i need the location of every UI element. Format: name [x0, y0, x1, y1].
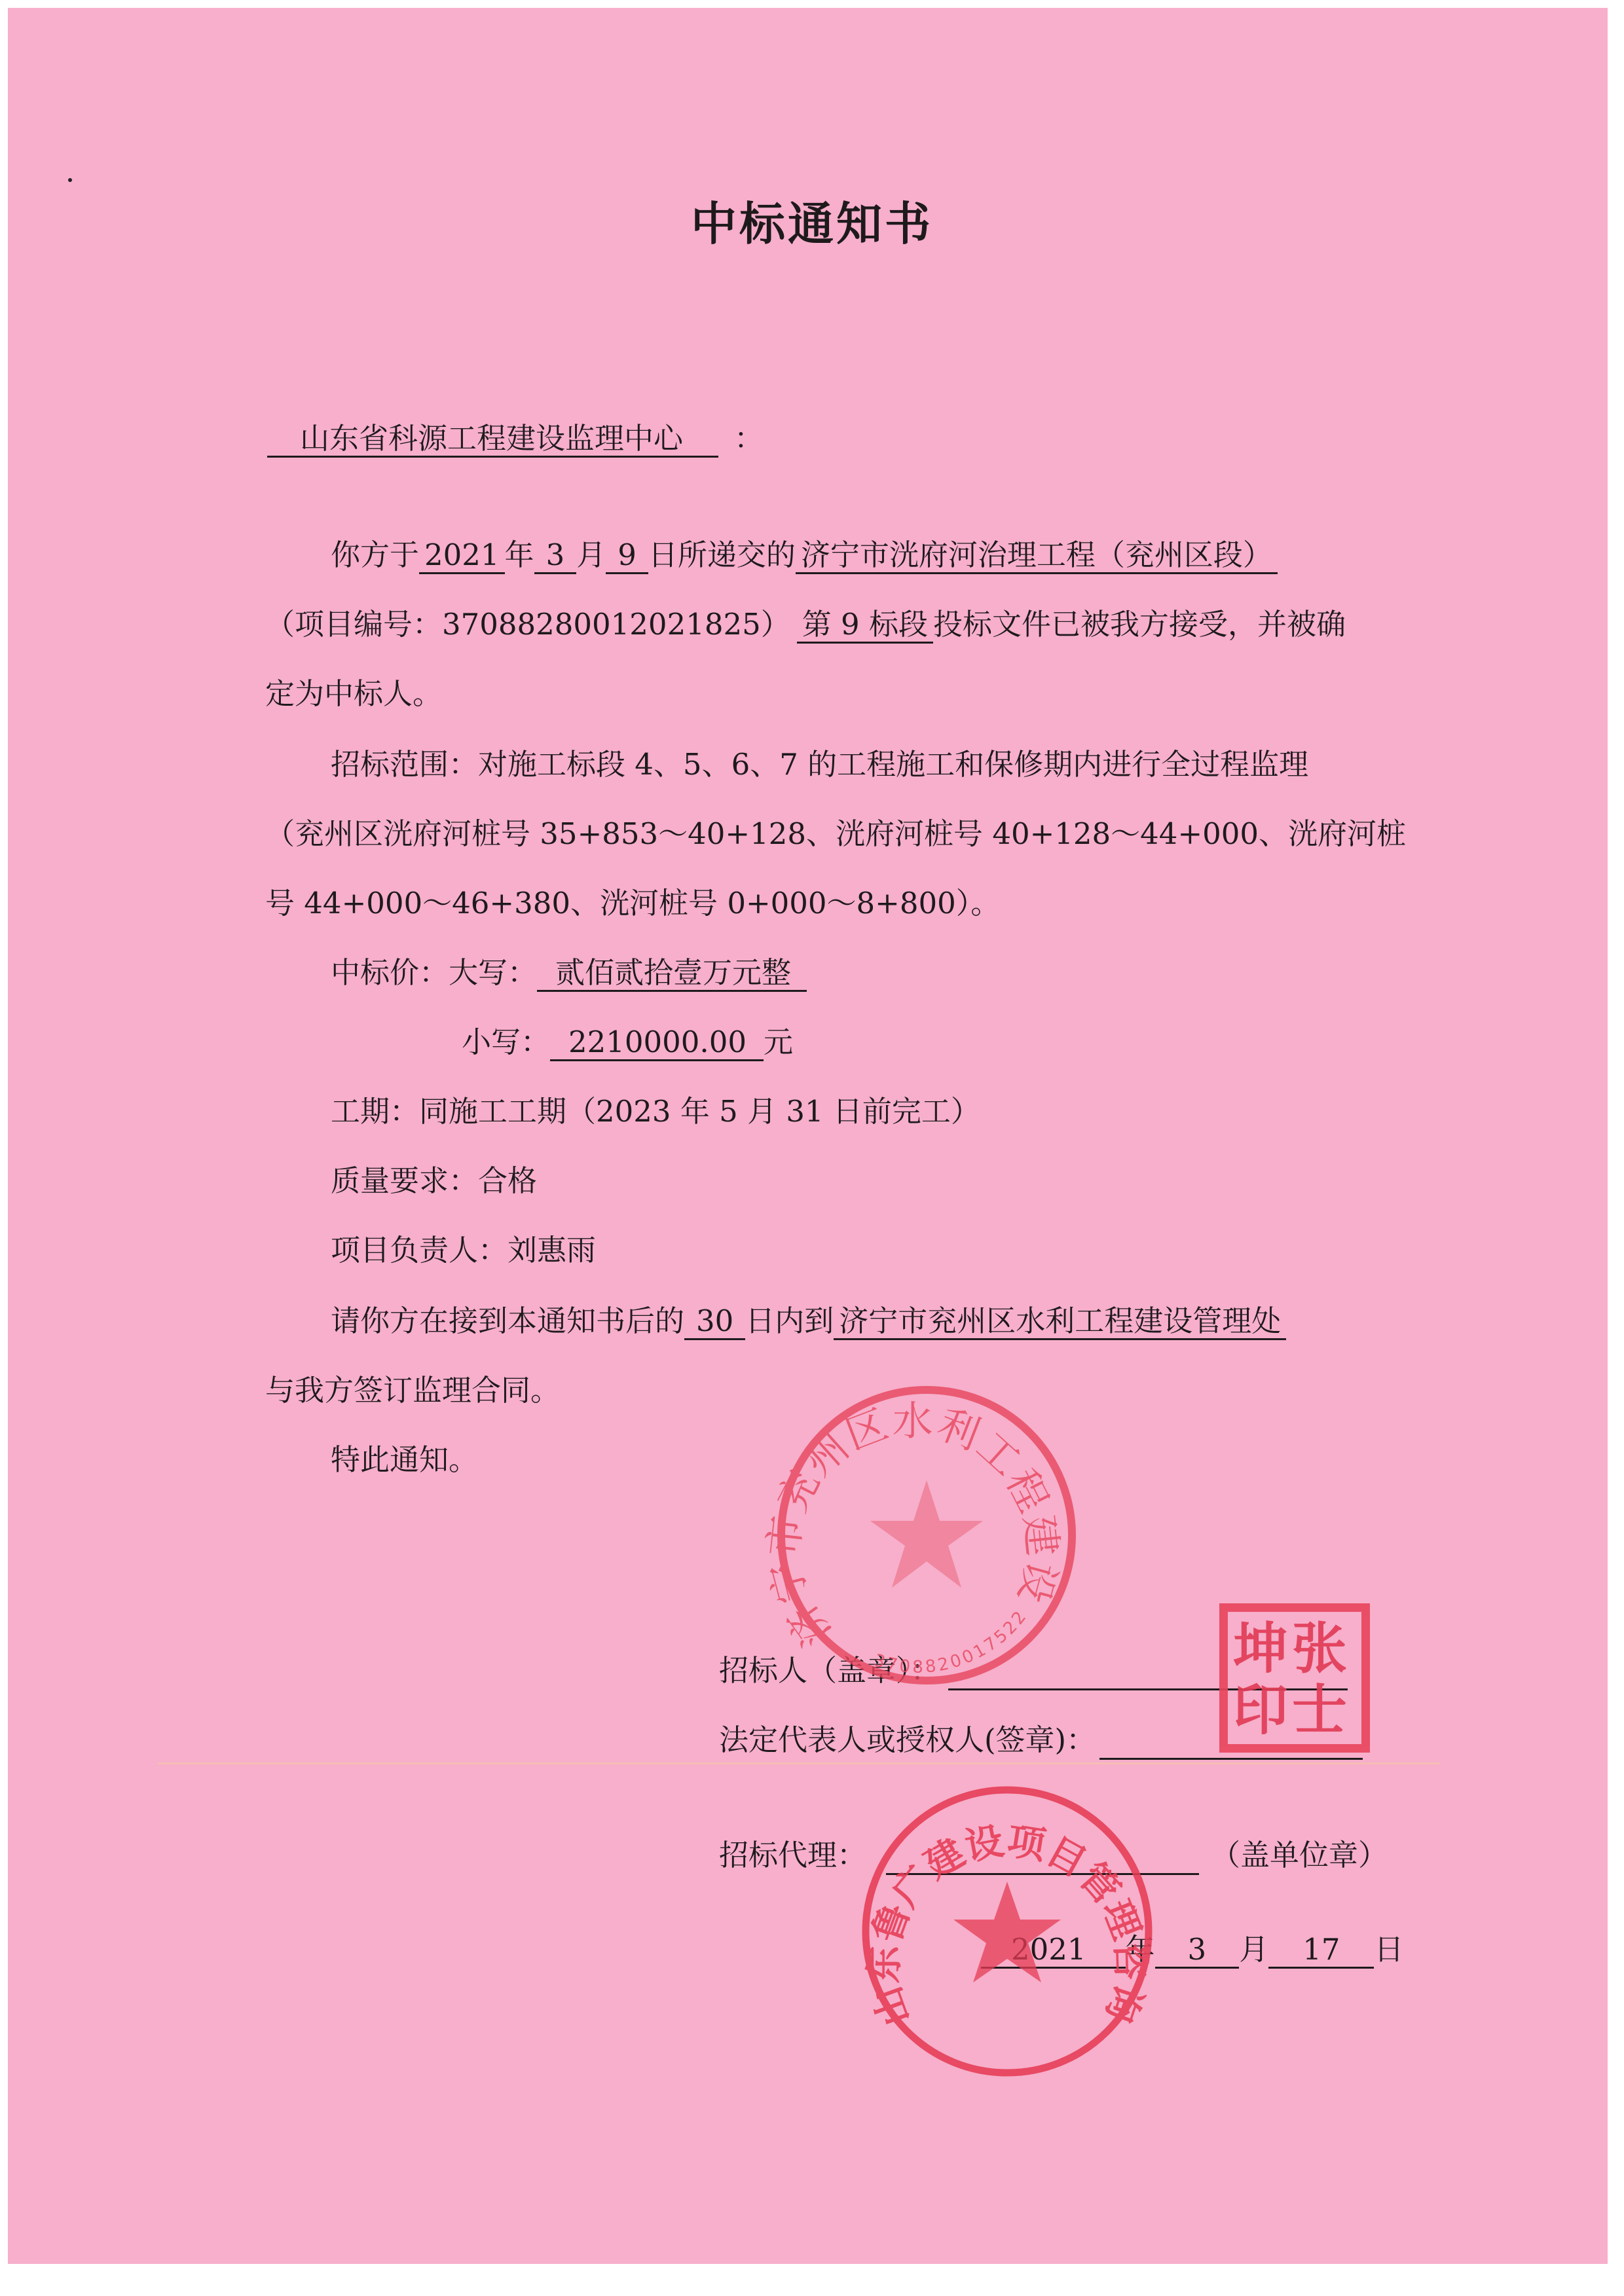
bid-section: 第 9 标段 [797, 608, 933, 644]
scope-line1: 招标范围：对施工标段 4、5、6、7 的工程施工和保修期内进行全过程监理 [331, 745, 1308, 784]
date-month: 3 [1155, 1933, 1240, 1969]
contract-days: 30 [684, 1304, 745, 1340]
contract-prefix: 请你方在接到本通知书后的 [331, 1303, 684, 1338]
contract-line2: 与我方签订监理合同。 [265, 1371, 560, 1410]
scope-line3: 号 44+000～46+380、洸河桩号 0+000～8+800）。 [265, 884, 1000, 923]
para1-line2: （项目编号：37088280012021825）第 9 标段投标文件已被我方接受… [265, 605, 1346, 644]
addressee-line: 山东省科源工程建设监理中心： [267, 419, 764, 458]
para1-line1: 你方于2021年3月9日所递交的济宁市洸府河治理工程（兖州区段） [331, 536, 1278, 575]
seal-star-icon [870, 1480, 983, 1588]
price-label: 中标价：大写： [331, 955, 537, 990]
contract-middle: 日内到 [745, 1303, 834, 1338]
legal-rep-label: 法定代表人或授权人(签章)： [719, 1722, 1096, 1757]
closing-line: 特此通知。 [331, 1440, 478, 1480]
accept-text: 投标文件已被我方接受，并被确 [933, 607, 1346, 642]
agent-label: 招标代理： [719, 1838, 866, 1872]
tenderer-seal-graphic: 济宁市兖州区水利工程建设管理处 3708820017522 [775, 1383, 1079, 1687]
para1-prefix: 你方于 [331, 538, 419, 572]
price-uppercase-line: 中标价：大写：贰佰贰拾壹万元整 [331, 953, 807, 993]
submit-day: 9 [606, 538, 648, 574]
project-code: （项目编号：37088280012021825） [265, 607, 790, 642]
agent-suffix: （盖单位章） [1211, 1838, 1388, 1872]
tenderer-round-seal: 济宁市兖州区水利工程建设管理处 3708820017522 [775, 1383, 1079, 1687]
month-unit: 月 [576, 538, 606, 572]
seal-star-icon [953, 1882, 1061, 1982]
price-lowercase-value: 2210000.00 [550, 1025, 764, 1061]
addressee-colon: ： [734, 421, 764, 456]
price-lowercase-label: 小写： [462, 1025, 550, 1059]
quality-line: 质量要求：合格 [331, 1161, 537, 1201]
day-suffix: 日所递交的 [648, 538, 796, 572]
price-uppercase-value: 贰佰贰拾壹万元整 [537, 956, 807, 992]
seal-char-3: 坤 [1233, 1621, 1288, 1676]
contract-line1: 请你方在接到本通知书后的30日内到济宁市兖州区水利工程建设管理处 [331, 1302, 1286, 1341]
project-manager-line: 项目负责人：刘惠雨 [331, 1231, 596, 1270]
date-month-unit: 月 [1239, 1932, 1268, 1967]
seal-char-2: 士 [1292, 1683, 1347, 1738]
date-day: 17 [1268, 1933, 1374, 1969]
project-name: 济宁市洸府河治理工程（兖州区段） [796, 538, 1278, 574]
stray-dot [68, 178, 72, 182]
date-day-unit: 日 [1374, 1932, 1403, 1967]
agent-seal-graphic: 山东鲁广建设项目管理咨询有限公司 [859, 1783, 1155, 2079]
submit-month: 3 [534, 538, 577, 574]
seal-char-1: 张 [1292, 1621, 1347, 1676]
submit-year: 2021 [419, 538, 505, 574]
document-title: 中标通知书 [0, 187, 1624, 253]
scope-line2: （兖州区洸府河桩号 35+853～40+128、洸府河桩号 40+128～44+… [265, 814, 1406, 854]
para1-line3: 定为中标人。 [265, 674, 442, 714]
seal-char-4: 印 [1233, 1683, 1288, 1738]
pink-paper [8, 8, 1608, 2264]
agent-round-seal: 山东鲁广建设项目管理咨询有限公司 [859, 1783, 1155, 2079]
currency-unit: 元 [764, 1025, 793, 1059]
svg-text:3708820017522: 3708820017522 [872, 1606, 1032, 1677]
price-lowercase-line: 小写：2210000.00元 [462, 1023, 793, 1062]
contract-place: 济宁市兖州区水利工程建设管理处 [834, 1304, 1286, 1340]
duration-line: 工期：同施工工期（2023 年 5 月 31 日前完工） [331, 1092, 980, 1131]
tenderer-seal-code: 3708820017522 [872, 1606, 1032, 1677]
addressee-name: 山东省科源工程建设监理中心 [267, 422, 718, 458]
personal-square-seal: 张 士 坤 印 [1219, 1603, 1370, 1753]
scan-artifact-line [157, 1762, 1441, 1764]
year-unit: 年 [505, 538, 534, 572]
